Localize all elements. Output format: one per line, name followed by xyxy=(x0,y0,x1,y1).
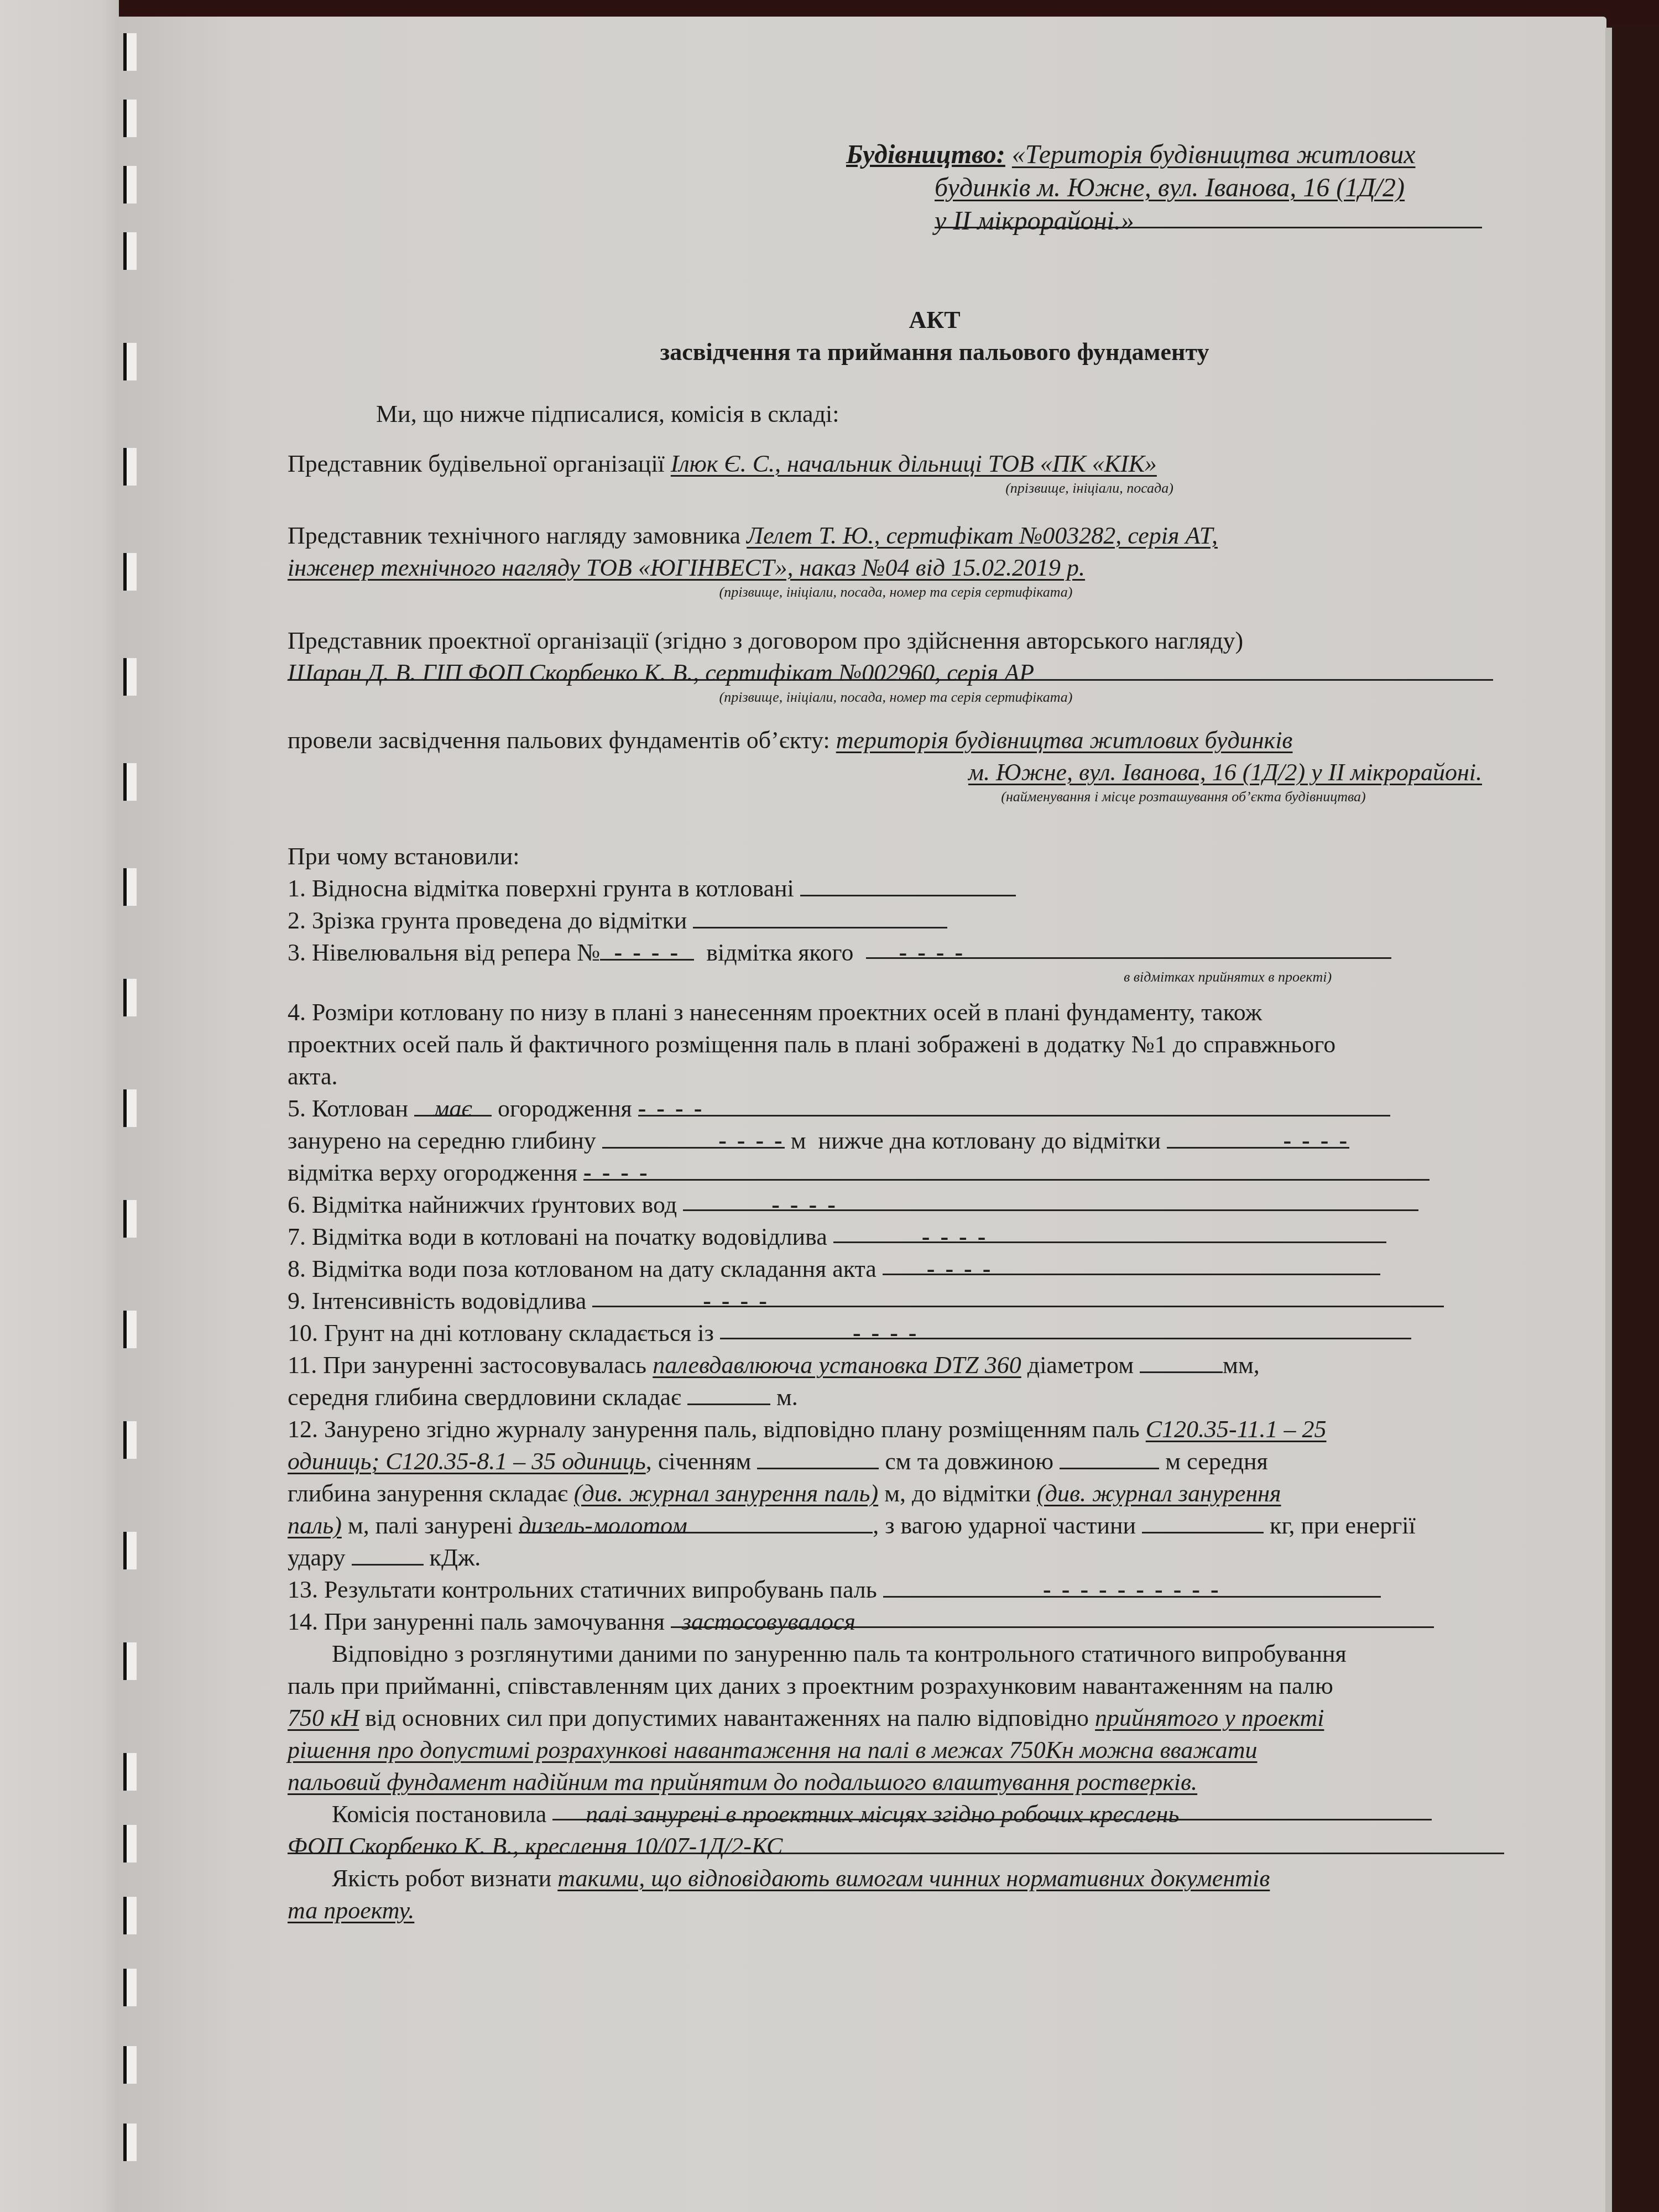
binding-hole xyxy=(123,343,137,380)
page-stack-edge xyxy=(1605,28,1612,2212)
binding-hole xyxy=(123,232,137,270)
item-14-label: 14. При зануренні паль замочування xyxy=(288,1608,665,1635)
binding-hole xyxy=(123,1753,137,1791)
object-hint: (найменування і місце розташування об’єк… xyxy=(935,789,1432,805)
binding-hole xyxy=(123,1969,137,2006)
conclusion-line-2: паль при прийманні, співставленням цих д… xyxy=(288,1670,1559,1702)
item-7-value: - - - - xyxy=(833,1221,1386,1243)
item-5-depth-unit: м xyxy=(791,1127,806,1154)
binding-hole xyxy=(123,1825,137,1863)
item-13-label: 13. Результати контрольних статичних вип… xyxy=(288,1576,877,1603)
tech-supervision-value-2: інженер технічного нагляду ТОВ «ЮГІНВЕСТ… xyxy=(288,554,1085,581)
binding-hole xyxy=(123,448,137,486)
item-5-below-label: нижче дна котловану до відмітки xyxy=(818,1127,1161,1154)
tech-supervision-label: Представник технічного нагляду замовника xyxy=(288,522,740,549)
quality-value-1: такими, що відповідають вимогам чинних н… xyxy=(557,1865,1270,1892)
design-org-hint: (прізвище, ініціали, посада, номер та се… xyxy=(619,689,1172,706)
item-12-depth-label: глибина занурення складає xyxy=(288,1480,568,1507)
item-6-label: 6. Відмітка найнижчих ґрунтових вод xyxy=(288,1191,677,1218)
item-7-label: 7. Відмітка води в котловані на початку … xyxy=(288,1223,827,1250)
tech-supervision-value-1: Лелет Т. Ю., сертифікат №003282, серія А… xyxy=(747,522,1218,549)
item-12-section-unit: см та довжиною xyxy=(885,1448,1053,1475)
binding-hole xyxy=(123,1897,137,1934)
builder-hint: (прізвище, ініціали, посада) xyxy=(924,480,1255,497)
binding-hole xyxy=(123,763,137,801)
quality-value-2: та проекту. xyxy=(288,1897,414,1924)
object-value-2: м. Южне, вул. Іванова, 16 (1Д/2) у ІІ мі… xyxy=(968,759,1482,786)
item-12-energy-value xyxy=(352,1542,424,1566)
item-5-depth-label: занурено на середню глибину xyxy=(288,1127,596,1154)
item-3-mark-value: - - - - xyxy=(866,937,1391,959)
item-11-label: 11. При зануренні застосовувалась xyxy=(288,1352,646,1379)
object-value-1: територія будівництва житлових будинків xyxy=(836,727,1293,754)
decision-value-1: палі занурені в проектних місцях згідно … xyxy=(552,1798,1432,1820)
item-13-value: - - - - - - - - - - xyxy=(883,1574,1381,1598)
binding-hole xyxy=(123,1421,137,1459)
binding-hole xyxy=(123,1200,137,1238)
object-label: провели засвідчення пальових фундаментів… xyxy=(288,727,830,754)
document-subtitle: засвідчення та приймання пальового фунда… xyxy=(288,336,1582,368)
item-12-weight-unit: кг, при енергії xyxy=(1270,1512,1416,1539)
item-11-diameter-unit: мм, xyxy=(1223,1352,1260,1379)
construction-line-2: будинків м. Южне, вул. Іванова, 16 (1Д/2… xyxy=(935,173,1405,202)
item-12-mark-value-2: паль) xyxy=(288,1512,342,1539)
intro-text: Ми, що нижче підписалися, комісія в скла… xyxy=(376,398,839,430)
decision-label: Комісія постановила xyxy=(332,1801,546,1828)
binding-hole xyxy=(123,1089,137,1127)
item-5-fence-label: огородження xyxy=(498,1095,632,1122)
builder-label: Представник будівельної організації xyxy=(288,450,665,477)
item-6-value: - - - - xyxy=(683,1189,1418,1211)
item-4-line-1: 4. Розміри котловану по низу в плані з н… xyxy=(288,997,1559,1029)
binding-hole xyxy=(123,868,137,906)
item-3-label: 3. Нівелювальня від репера № xyxy=(288,939,600,966)
conclusion-line-4: рішення про допустимі розрахункові наван… xyxy=(288,1736,1257,1764)
item-12-length-value xyxy=(1060,1446,1159,1469)
conclusion-line-1: Відповідно з розглянутими даними по зану… xyxy=(288,1638,1559,1670)
item-10-value: - - - - xyxy=(720,1317,1411,1339)
item-12-depth-unit: м, до відмітки xyxy=(884,1480,1031,1507)
item-12-section-value xyxy=(757,1446,879,1469)
conclusion-line-3: від основних сил при допустимих навантаж… xyxy=(365,1704,1089,1731)
item-5-has-fence: має xyxy=(414,1093,492,1117)
item-12-section-label: , січенням xyxy=(646,1448,752,1475)
item-12-length-unit: м середня xyxy=(1165,1448,1268,1475)
binding-hole xyxy=(123,2124,137,2161)
item-11-depth-value xyxy=(687,1381,770,1405)
item-12-energy-label: удару xyxy=(288,1544,346,1571)
decision-value-2: ФОП Скорбенко К. В., креслення 10/07-1Д/… xyxy=(288,1830,1504,1854)
item-11-value: палевдавлююча установка DTZ 360 xyxy=(653,1352,1021,1379)
item-12-depth-value: (див. журнал занурення паль) xyxy=(574,1480,878,1507)
findings-heading: При чому встановили: xyxy=(288,841,1559,873)
item-12-weight-label: , з вагою ударної частини xyxy=(873,1512,1136,1539)
binding-hole xyxy=(123,2046,137,2084)
item-2-value xyxy=(693,905,947,928)
item-12-weight-value xyxy=(1142,1510,1264,1533)
quality-label: Якість робот визнати xyxy=(332,1865,551,1892)
item-11-depth-label: середня глибина свердловини складає xyxy=(288,1384,681,1411)
item-11-diameter-value xyxy=(1140,1349,1223,1373)
item-4-line-3: акта. xyxy=(288,1061,1559,1093)
item-12-method-value: дизель-молотом xyxy=(519,1510,873,1533)
item-11-diameter-label: діаметром xyxy=(1027,1352,1134,1379)
item-3-mark-label: відмітка якого xyxy=(706,939,853,966)
item-5-depth-value: - - - - xyxy=(602,1125,785,1149)
binding-hole xyxy=(123,1642,137,1680)
item-9-label: 9. Інтенсивність водовідлива xyxy=(288,1287,586,1314)
item-5-top-label: відмітка верху огородження xyxy=(288,1159,577,1186)
item-5-fence-value: - - - - xyxy=(638,1093,1390,1117)
item-3-hint: в відмітках прийнятих в проекті) xyxy=(1062,969,1394,985)
item-1-label: 1. Відносна відмітка поверхні грунта в к… xyxy=(288,875,794,902)
conclusion-line-5: пальовий фундамент надійним та прийнятим… xyxy=(288,1768,1197,1796)
binding-hole xyxy=(123,100,137,137)
binding-hole xyxy=(123,979,137,1016)
binding-hole xyxy=(123,33,137,71)
construction-line-1: «Територія будівництва житлових xyxy=(1012,140,1416,169)
item-2-label: 2. Зрізка грунта проведена до відмітки xyxy=(288,907,687,934)
comb-binding xyxy=(119,0,152,2212)
previous-page xyxy=(0,0,127,2212)
binding-hole xyxy=(123,553,137,591)
item-12-mark-unit: м, палі занурені xyxy=(348,1512,513,1539)
construction-line-3: у ІІ мікрорайоні.» xyxy=(935,205,1482,228)
conclusion-line-3-value: прийнятого у проекті xyxy=(1095,1704,1324,1731)
item-12-energy-unit: кДж. xyxy=(430,1544,481,1571)
builder-value: Ілюк Є. С., начальник дільниці ТОВ «ПК «… xyxy=(671,450,1157,477)
item-5-top-value: - - - - xyxy=(583,1157,1430,1181)
construction-label: Будівництво: xyxy=(846,140,1005,169)
design-org-value: Шаран Д. В. ГІП ФОП Скорбенко К. В., сер… xyxy=(288,657,1493,681)
item-1-value xyxy=(800,873,1016,896)
binding-hole xyxy=(123,658,137,696)
construction-header: Будівництво: «Територія будівництва житл… xyxy=(846,138,1521,238)
item-12-mark-value-1: (див. журнал занурення xyxy=(1037,1480,1281,1507)
item-5-below-value: - - - - xyxy=(1167,1125,1349,1149)
item-8-value: - - - - xyxy=(883,1253,1380,1275)
item-9-value: - - - - xyxy=(592,1285,1444,1307)
item-12-piles-1: С120.35-11.1 – 25 xyxy=(1146,1416,1327,1443)
tech-supervision-hint: (прізвище, ініціали, посада, номер та се… xyxy=(619,584,1172,601)
item-14-value: застосовувалося xyxy=(671,1606,1434,1628)
item-12-label: 12. Занурено згідно журналу занурення па… xyxy=(288,1416,1140,1443)
design-load-value: 750 кН xyxy=(288,1704,359,1731)
document-title: АКТ xyxy=(288,304,1582,336)
binding-hole xyxy=(123,1311,137,1348)
item-11-depth-unit: м. xyxy=(776,1384,798,1411)
item-10-label: 10. Грунт на дні котловану складається і… xyxy=(288,1319,714,1347)
item-3-benchmark: - - - - xyxy=(600,937,694,961)
item-8-label: 8. Відмітка води поза котлованом на дату… xyxy=(288,1255,877,1282)
binding-hole xyxy=(123,1532,137,1569)
item-12-piles-2: одиниць; С120.35-8.1 – 35 одиниць xyxy=(288,1448,646,1475)
design-org-label: Представник проектної організації (згідн… xyxy=(288,625,1493,657)
item-4-line-2: проектних осей паль й фактичного розміще… xyxy=(288,1029,1559,1061)
binding-hole xyxy=(123,166,137,204)
item-5-label: 5. Котлован xyxy=(288,1095,408,1122)
